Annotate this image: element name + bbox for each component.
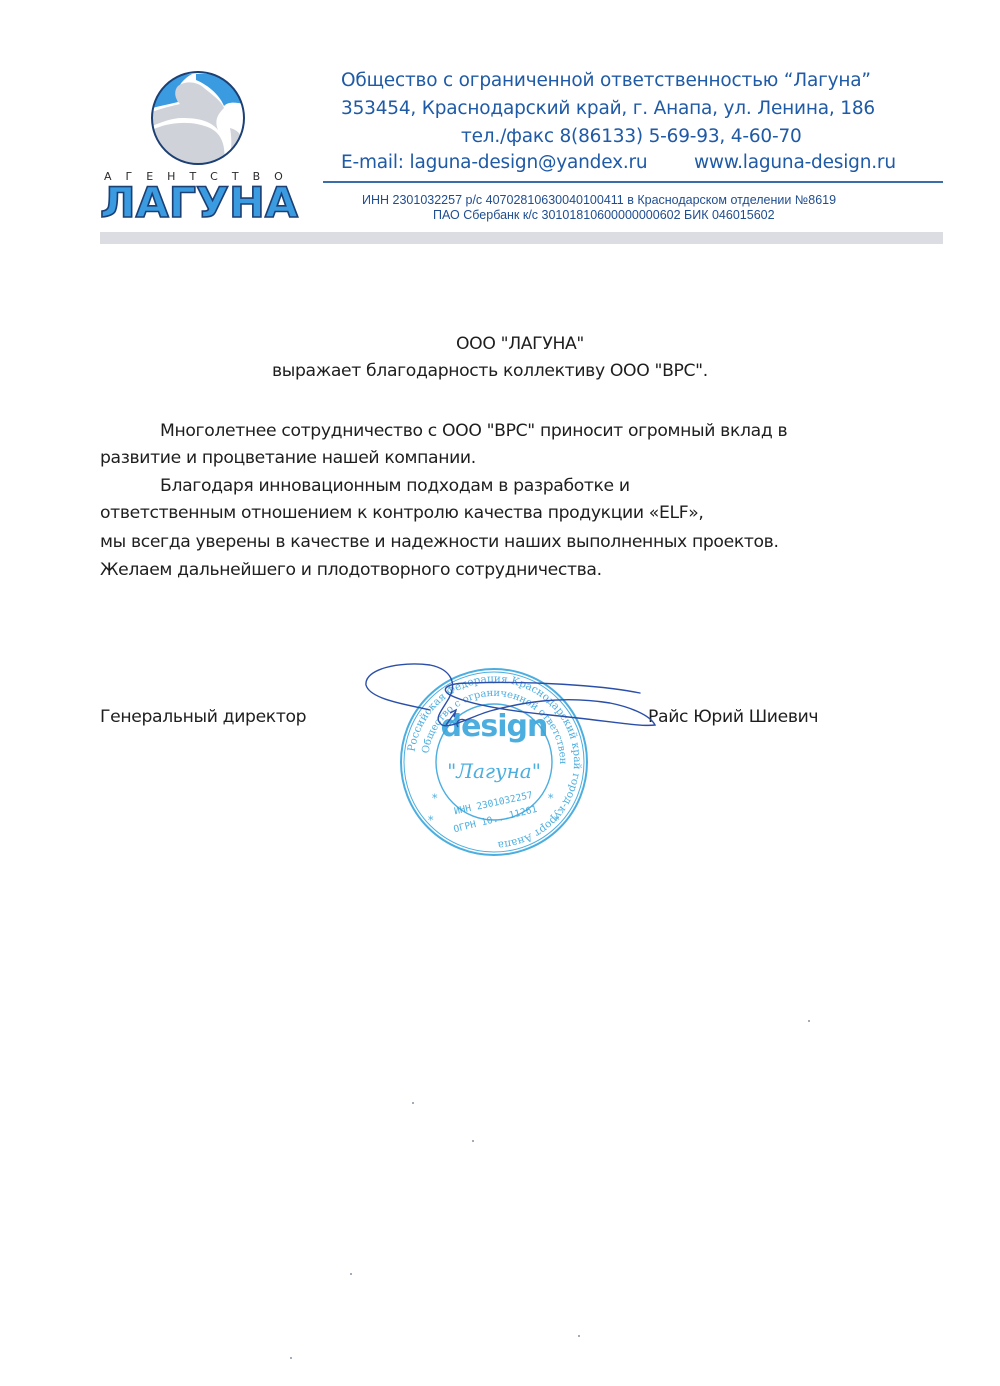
logo-wave-icon: [148, 68, 248, 168]
stamp-name: "Лагуна": [447, 759, 541, 783]
letterhead-website[interactable]: www.laguna-design.ru: [694, 152, 896, 173]
signatory-role: Генеральный директор: [100, 707, 306, 727]
bank-details-line-1: ИНН 2301032257 р/с 40702810630040100411 …: [362, 193, 836, 207]
handwritten-signature: [350, 655, 680, 745]
scan-speck: [472, 1140, 474, 1142]
logo-wordmark-text: ЛАГУНА: [100, 182, 298, 222]
letter-subtitle: выражает благодарность коллективу ООО "В…: [272, 361, 708, 381]
letterhead-phone: тел./факс 8(86133) 5-69-93, 4-60-70: [461, 126, 802, 147]
letterhead-divider: [323, 181, 943, 183]
scan-speck: [290, 1357, 292, 1359]
svg-text:*: *: [554, 814, 560, 827]
paragraph-2-line-3: мы всегда уверены в качестве и надежност…: [100, 532, 779, 552]
scan-speck: [578, 1335, 580, 1337]
svg-text:*: *: [428, 814, 434, 827]
scan-speck: [412, 1102, 414, 1104]
bank-details-line-2: ПАО Сбербанк к/с 30101810600000000602 БИ…: [433, 208, 775, 222]
letterhead-company: Общество с ограниченной ответственностью…: [341, 70, 871, 91]
letterhead-email[interactable]: E-mail: laguna-design@yandex.ru: [341, 152, 647, 173]
logo-emblem: [148, 68, 248, 168]
paragraph-2-line-4: Желаем дальнейшего и плодотворного сотру…: [100, 560, 602, 580]
signature-scribble-icon: [350, 655, 680, 745]
svg-text:*: *: [548, 792, 554, 805]
header-band: [100, 232, 943, 244]
scan-speck: [808, 1020, 810, 1022]
paragraph-1-line-2: развитие и процветание нашей компании.: [100, 448, 476, 468]
svg-text:*: *: [432, 792, 438, 805]
paragraph-2-line-2: ответственным отношением к контролю каче…: [100, 503, 704, 523]
letterhead-address: 353454, Краснодарский край, г. Анапа, ул…: [341, 98, 875, 119]
letter-title: ООО "ЛАГУНА": [0, 334, 1000, 354]
paragraph-1-line-1: Многолетнее сотрудничество с ООО "ВРС" п…: [160, 421, 787, 441]
scan-speck: [350, 1273, 352, 1275]
paragraph-2-line-1: Благодаря инновационным подходам в разра…: [160, 476, 630, 496]
logo-wordmark: ЛАГУНА: [98, 182, 302, 222]
